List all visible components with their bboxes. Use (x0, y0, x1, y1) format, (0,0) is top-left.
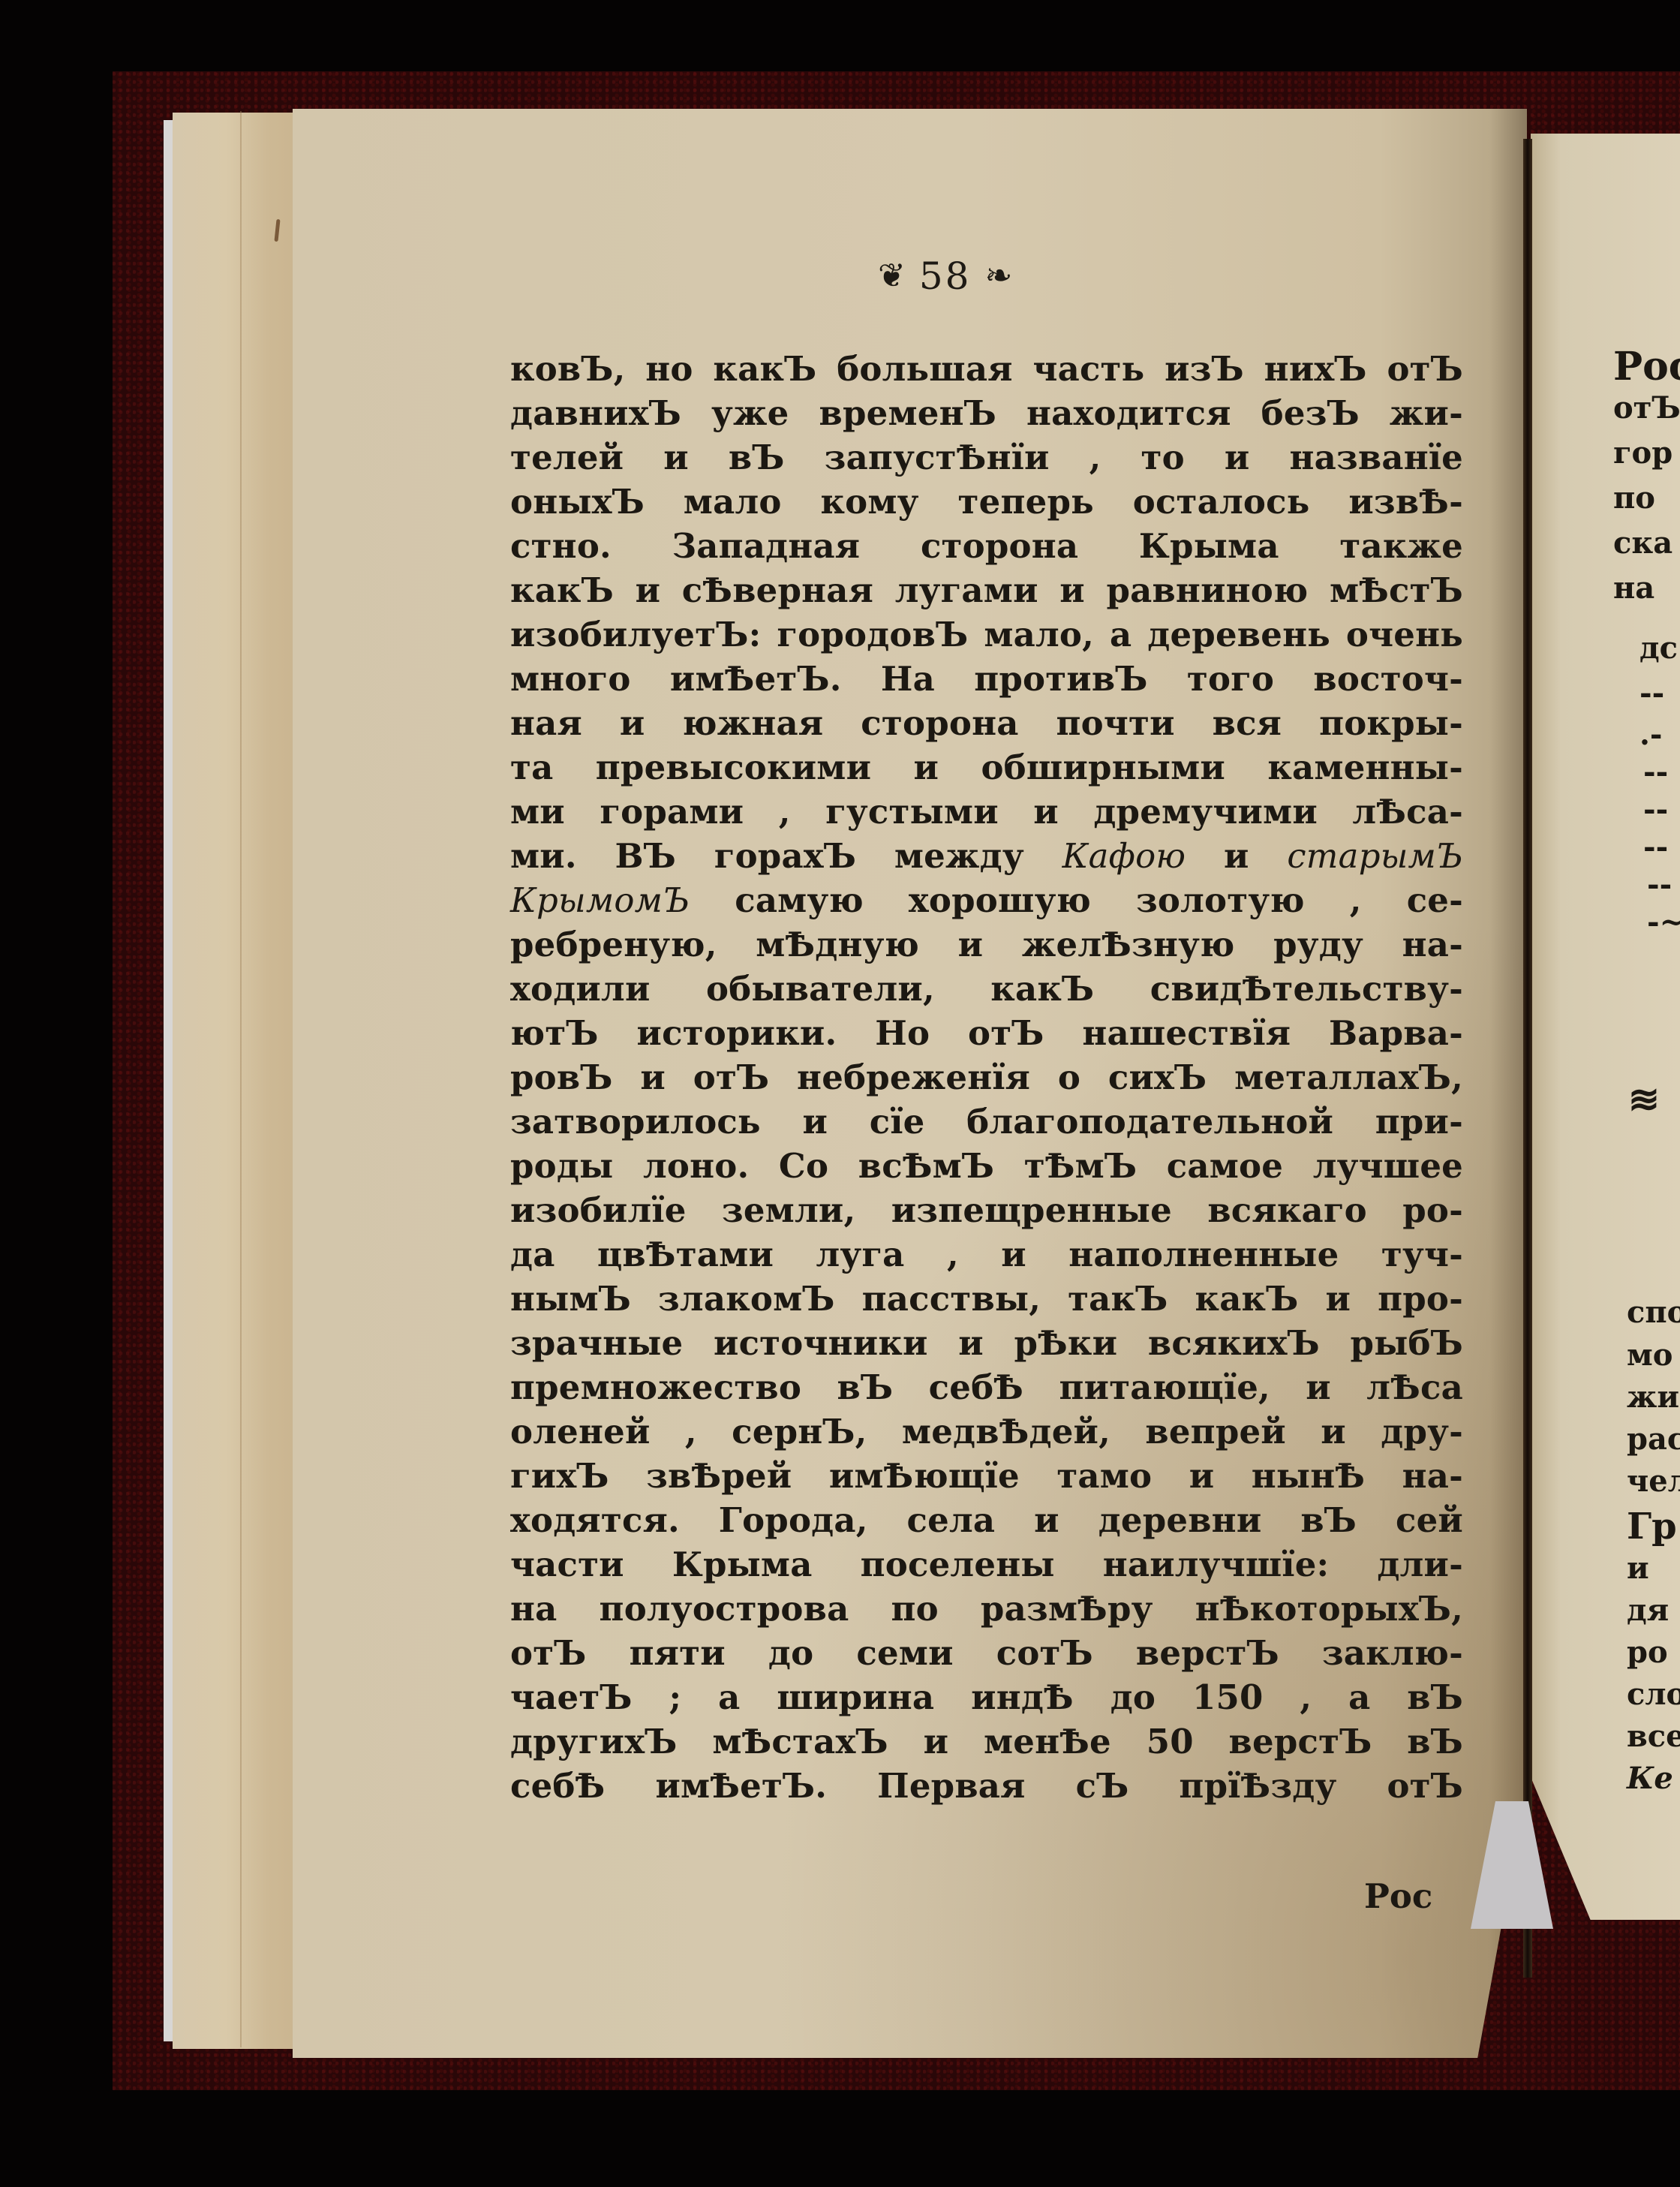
right-line: мо (1627, 1337, 1672, 1373)
right-line: сло (1627, 1677, 1680, 1712)
fleuron-right-icon: ❧ (985, 260, 1013, 293)
text-line-with-italics: КрымомЪ самую хорошую золотую , се- (510, 878, 1463, 922)
text-line: премножество вЪ себѢ питающїе, и лѢса (510, 1365, 1463, 1409)
body-text: ковЪ, но какЪ большая часть изЪ нихЪ отЪ… (510, 347, 1463, 1808)
text-line: ковЪ, но какЪ большая часть изЪ нихЪ отЪ (510, 347, 1463, 391)
text-line: отЪ пяти до семи сотЪ верстЪ заклю- (510, 1631, 1463, 1675)
text-line: ная и южная сторона почти вся покры- (510, 701, 1463, 745)
text-line: части Крыма поселены наилучшїе: дли- (510, 1542, 1463, 1587)
right-line: отЪ (1613, 390, 1680, 426)
text-line: та превысокими и обширными каменны- (510, 745, 1463, 790)
text-line: изобилїе земли, изпещренные всякаго ро- (510, 1188, 1463, 1232)
right-line: чел (1627, 1464, 1680, 1499)
right-line: спо (1627, 1295, 1680, 1330)
table-leader: -- (1643, 754, 1668, 790)
text-line: затворилось и сїе благоподательной при- (510, 1100, 1463, 1144)
text-run: самую хорошую золотую , се- (690, 880, 1463, 920)
right-line: жи (1627, 1379, 1679, 1415)
page-header: ❦ 58 ❧ (878, 257, 1012, 295)
text-line: другихЪ мѢстахЪ и менѢе 50 верстЪ вЪ (510, 1719, 1463, 1764)
text-line: зрачные источники и рѢки всякихЪ рыбЪ (510, 1321, 1463, 1365)
right-line: Ке (1627, 1761, 1673, 1796)
place-name-stary: старымЪ (1287, 836, 1463, 876)
text-line: изобилуетЪ: городовЪ мало, а деревень оч… (510, 612, 1463, 657)
book-gutter (1523, 139, 1532, 1978)
text-line: ребреную, мѢдную и желѢзную руду на- (510, 922, 1463, 967)
text-line-with-italics: ми. ВЪ горахЪ между Кафою и старымЪ (510, 834, 1463, 878)
right-line: и (1627, 1551, 1649, 1586)
table-leader: -- (1643, 829, 1668, 865)
right-line: ро (1627, 1635, 1668, 1670)
text-line: на полуострова по размѢру нѢкоторыхЪ, (510, 1587, 1463, 1631)
right-line: Рос (1613, 344, 1680, 390)
page-number: 58 (919, 257, 972, 295)
text-line: оленей , сернЪ, медвѢдей, вепрей и дру- (510, 1409, 1463, 1454)
text-line: гихЪ звѢрей имѢющїе тамо и нынѢ на- (510, 1454, 1463, 1498)
right-line: дя (1627, 1593, 1669, 1628)
text-line: ходили обыватели, какЪ свидѢтельству- (510, 967, 1463, 1011)
right-line: Гр (1627, 1506, 1677, 1548)
text-line: роды лоно. Со всѢмЪ тѢмЪ самое лучшее (510, 1144, 1463, 1188)
text-run: ми. ВЪ горахЪ между (510, 836, 1062, 876)
place-name-kafa: Кафою (1062, 836, 1186, 876)
text-line: много имѢетЪ. На противЪ того восточ- (510, 657, 1463, 701)
text-line: чаетЪ ; а ширина индѢ до 150 , а вЪ (510, 1675, 1463, 1719)
leaf-divider (240, 111, 242, 2047)
text-line: ходятся. Города, села и деревни вЪ сей (510, 1498, 1463, 1542)
catchword: Рос (1364, 1876, 1432, 1916)
text-run: и (1186, 836, 1287, 876)
text-line: какЪ и сѢверная лугами и равниною мѢстЪ (510, 568, 1463, 612)
right-line: по (1613, 480, 1655, 516)
right-line: рас (1627, 1421, 1680, 1457)
right-line: ска (1613, 525, 1672, 561)
table-leader: -- (1643, 792, 1668, 827)
text-line: ми горами , густыми и дремучими лѢса- (510, 790, 1463, 834)
table-leader: .- (1639, 717, 1663, 752)
table-leader: -~ (1647, 904, 1680, 940)
text-line: себѢ имѢетЪ. Первая сЪ прїѢзду отЪ (510, 1764, 1463, 1808)
text-line: ютЪ историки. Но отЪ нашествїя Варва- (510, 1011, 1463, 1055)
text-line: давнихЪ уже временЪ находится безЪ жи- (510, 391, 1463, 435)
text-line: стно. Западная сторона Крыма также (510, 524, 1463, 568)
text-line: ровЪ и отЪ небреженїя о сихЪ металлахЪ, (510, 1055, 1463, 1100)
fleuron-left-icon: ❦ (878, 260, 906, 293)
right-line: гор (1613, 435, 1672, 471)
text-line: телей и вЪ запустѢнїи , то и названїе (510, 435, 1463, 480)
text-line: нымЪ злакомЪ пасствы, такЪ какЪ и про- (510, 1277, 1463, 1321)
table-leader: -- (1639, 675, 1664, 711)
right-line: на (1613, 570, 1654, 606)
text-line: оныхЪ мало кому теперь осталось извѢ- (510, 480, 1463, 524)
right-line-indented: дс (1639, 630, 1678, 666)
ornament-band-icon: ≋ (1628, 1077, 1660, 1121)
table-leader: -- (1647, 867, 1672, 902)
place-name-krym: КрымомЪ (510, 880, 690, 920)
text-line: да цвѢтами луга , и наполненные туч- (510, 1232, 1463, 1277)
right-line: все (1627, 1719, 1680, 1754)
